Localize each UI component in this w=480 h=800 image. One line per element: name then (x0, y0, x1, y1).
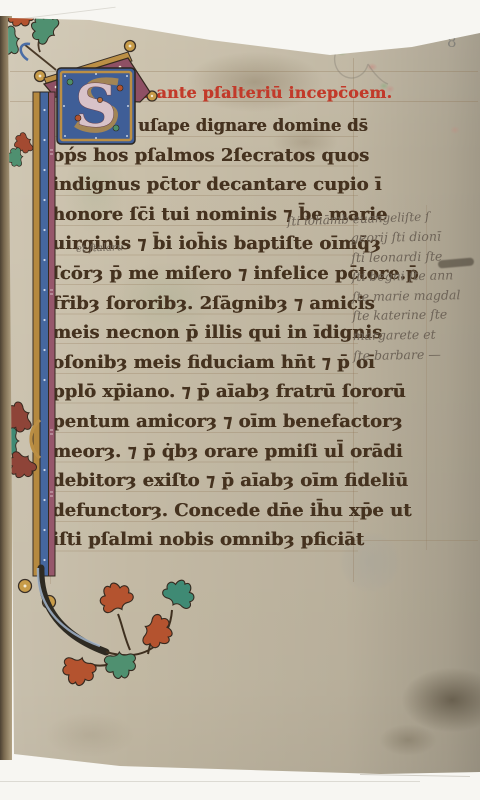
text-line: defunctorȝ. Concede dn̄e ih̄u xp̄e ut (52, 496, 356, 526)
leaf-cluster-upper (6, 131, 35, 168)
ivy-vine-bottom (38, 568, 200, 689)
ruling-line (10, 71, 478, 72)
marginalia-block: georij ſti dionī ſti leonardi ſte ſti be… (351, 226, 480, 365)
manuscript-page: Oro ante pſalteriū incepc̄oem. uſape dig… (0, 0, 480, 800)
text-line: oſonibȝ meis fiduciam hn̄t ⁊ p̄ oī (52, 348, 356, 378)
text-line: fr̄ibȝ ſororibȝ. 2ſāgnibȝ ⁊ amicis (52, 289, 356, 319)
ivy-spray-top (0, 0, 63, 70)
folio-number: 8 (447, 33, 457, 51)
text-line: oṕs hos pſalmos 2ſecratos quos (52, 141, 356, 171)
text-line: pentum amicorȝ ⁊ oīm benefactorȝ (52, 407, 356, 437)
interlinear-note: et ſtalaru (76, 242, 124, 255)
ruling-line (352, 540, 478, 541)
text-line: meis necnon p̄ illis qui in īdignis (52, 318, 356, 348)
marginal-note-line: ſte katerine ſte (352, 304, 480, 326)
under-page-edge (360, 774, 470, 777)
rubric-heading: Oro ante pſalteriū incepc̄oem. (117, 83, 357, 102)
text-line: debitorȝ exiſto ⁊ p̄ aīabȝ oīm fideliū (52, 466, 356, 496)
text-line: ſcōrȝ p̄ me miſero ⁊ infelice pc̄tore.p̄ (52, 259, 356, 289)
marginal-note-line: ſti begni ſte ann (351, 265, 479, 287)
main-text-block: uſape dignare domine ds̄ oṕs hos pſalmos… (52, 111, 356, 555)
marginal-note-line: margarete et (353, 324, 480, 346)
marginal-note-line: ſte marie magdal (352, 285, 480, 307)
text-line: indignus pc̄tor decantare cupio ī (52, 170, 356, 200)
text-line: meorȝ. ⁊ p̄ q̇bȝ orare pmiſi ul̄ orādi (52, 437, 356, 467)
text-line: iſti pſalmi nobis omnibȝ pficiāt (52, 525, 356, 555)
text-line: uſape dignare domine ds̄ (52, 111, 356, 141)
marginal-note-line: georij ſti dionī (351, 226, 479, 248)
marginal-note-line: ſte barbare — (353, 343, 480, 365)
text-line: pplō xp̄iano. ⁊ p̄ aīabȝ fratrū ſororū (52, 377, 356, 407)
under-page-edge (0, 781, 420, 782)
